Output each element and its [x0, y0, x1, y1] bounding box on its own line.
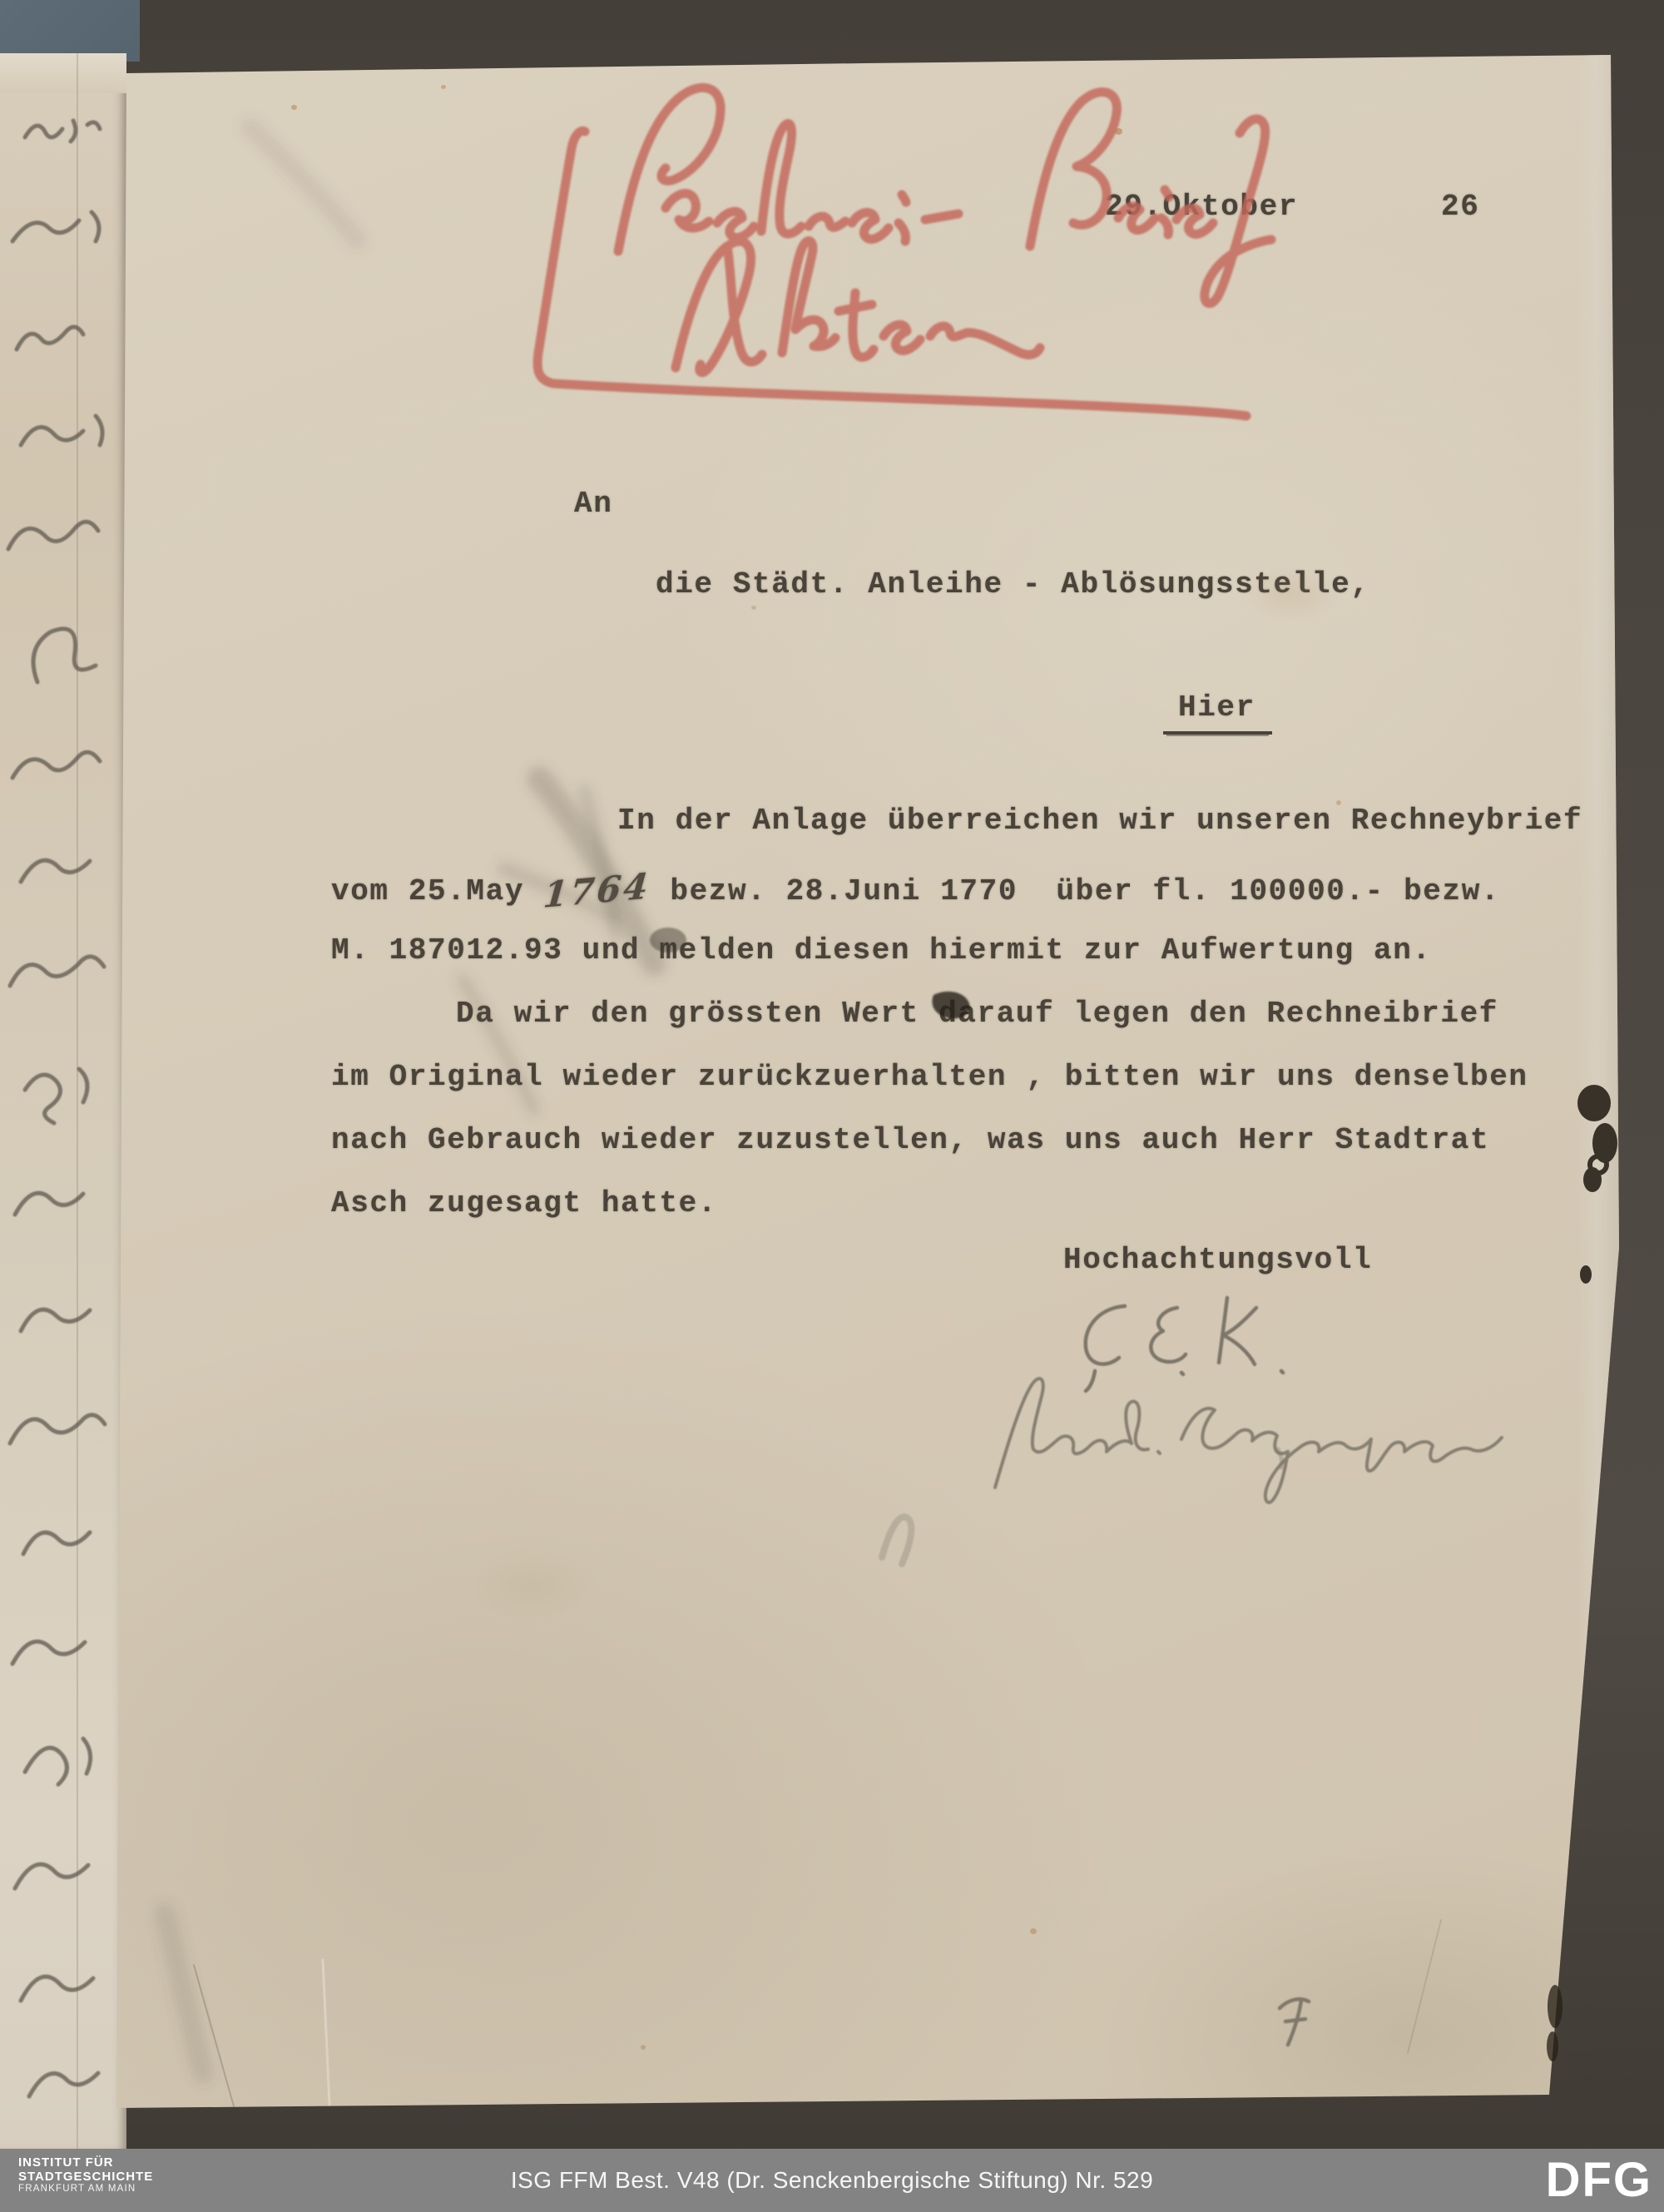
ink-smudge-und — [650, 928, 686, 953]
paper-creases — [194, 1920, 1441, 2106]
viewer-footer-bar: INSTITUT FÜR STADTGESCHICHTE FRANKFURT A… — [0, 2149, 1664, 2212]
pencil-role-drawing — [995, 1378, 1502, 1502]
red-annotation-drawing — [537, 87, 1271, 416]
annotation-overlay — [0, 0, 1664, 2212]
dfg-logo: DFG — [1546, 2152, 1652, 2208]
institute-line-1: INSTITUT FÜR — [18, 2156, 153, 2170]
faint-pencil-smudge — [882, 1449, 1282, 1564]
graphite-smudges — [165, 126, 654, 2073]
archive-scan-viewer: 29.Oktober 26 An die Städt. Anleihe - Ab… — [0, 0, 1664, 2212]
ink-blotches-edge — [1547, 1085, 1617, 2061]
archive-reference: ISG FFM Best. V48 (Dr. Senckenbergische … — [511, 2167, 1153, 2194]
sliver-handwriting-fragments — [8, 121, 105, 2096]
institute-line-3: FRANKFURT AM MAIN — [18, 2184, 153, 2195]
pencil-initials-drawing — [1086, 1298, 1283, 1391]
pencil-folio-number-drawing — [1280, 1999, 1309, 2045]
institute-logo-block: INSTITUT FÜR STADTGESCHICHTE FRANKFURT A… — [18, 2156, 153, 2195]
ink-blot-darauf — [932, 992, 969, 1018]
institute-line-2: STADTGESCHICHTE — [18, 2170, 153, 2185]
